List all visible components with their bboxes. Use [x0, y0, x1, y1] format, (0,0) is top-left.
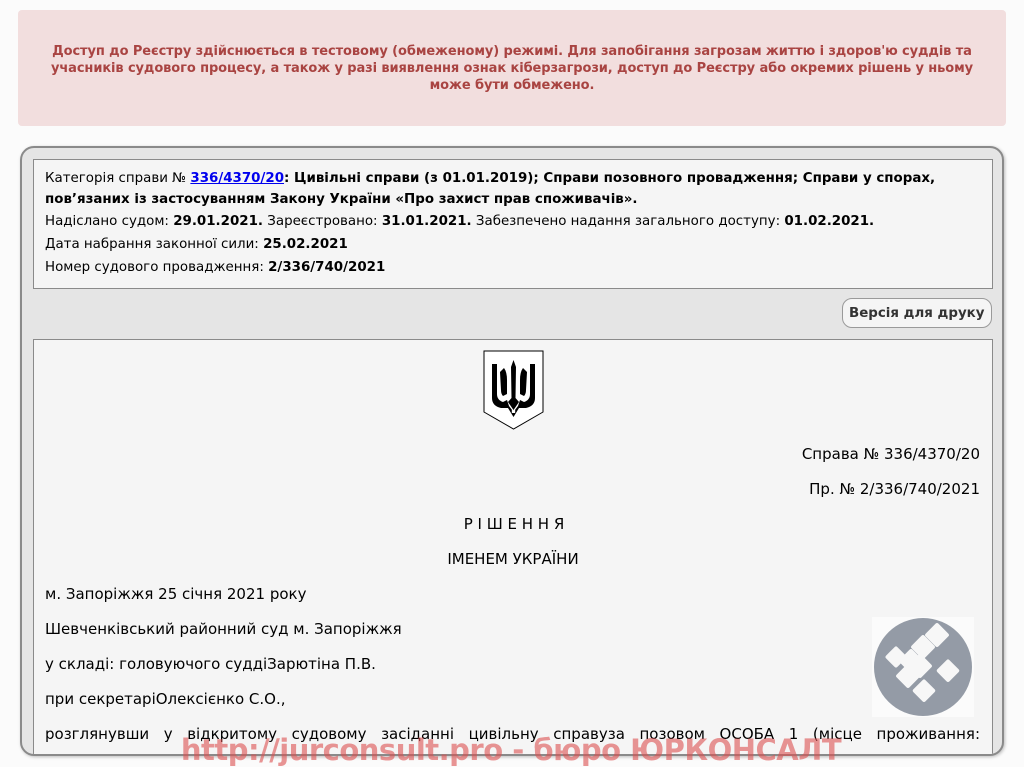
- decision-subtitle: ІМЕНЕМ УКРАЇНИ: [34, 549, 992, 569]
- case-category: Категорія справи № 336/4370/20: Цивільні…: [45, 168, 981, 210]
- case-number-link[interactable]: 336/4370/20: [190, 171, 284, 186]
- court-composition: у складі: головуючого суддіЗарютіна П.В.: [45, 654, 376, 674]
- registry-access-alert: Доступ до Реєстру здійснюється в тестово…: [18, 10, 1006, 126]
- case-info-box: Категорія справи № 336/4370/20: Цивільні…: [33, 159, 993, 289]
- decision-title: Р І Ш Е Н Н Я: [34, 514, 992, 534]
- proceeding-reference: Пр. № 2/336/740/2021: [809, 479, 980, 499]
- court-secretary: при секретаріОлексієнко С.О.,: [45, 689, 285, 709]
- court-name: Шевченківський районний суд м. Запоріжжя: [45, 619, 402, 639]
- public-access-date: 01.02.2021.: [784, 214, 874, 229]
- case-reference: Справа № 336/4370/20: [802, 444, 980, 464]
- place-date: м. Запоріжжя 25 січня 2021 року: [45, 584, 306, 604]
- proceeding-number: Номер судового провадження: 2/336/740/20…: [45, 256, 981, 279]
- case-dates: Надіслано судом: 29.01.2021. Зареєстрова…: [45, 210, 981, 233]
- watermark-text: http://jurconsult.pro - бюро ЮРКОНСАЛТ: [0, 733, 1023, 767]
- alert-text: Доступ до Реєстру здійснюється в тестово…: [36, 43, 988, 94]
- ukraine-coat-of-arms-icon: [483, 350, 544, 430]
- sent-date: 29.01.2021.: [173, 214, 263, 229]
- puzzle-pieces-badge-icon[interactable]: [872, 617, 974, 717]
- print-version-button[interactable]: Версія для друку: [842, 298, 992, 328]
- decision-document: Справа № 336/4370/20 Пр. № 2/336/740/202…: [33, 339, 993, 756]
- registered-date: 31.01.2021.: [382, 214, 472, 229]
- legal-force-date: Дата набрання законної сили: 25.02.2021: [45, 233, 981, 256]
- decision-panel: Категорія справи № 336/4370/20: Цивільні…: [20, 146, 1004, 756]
